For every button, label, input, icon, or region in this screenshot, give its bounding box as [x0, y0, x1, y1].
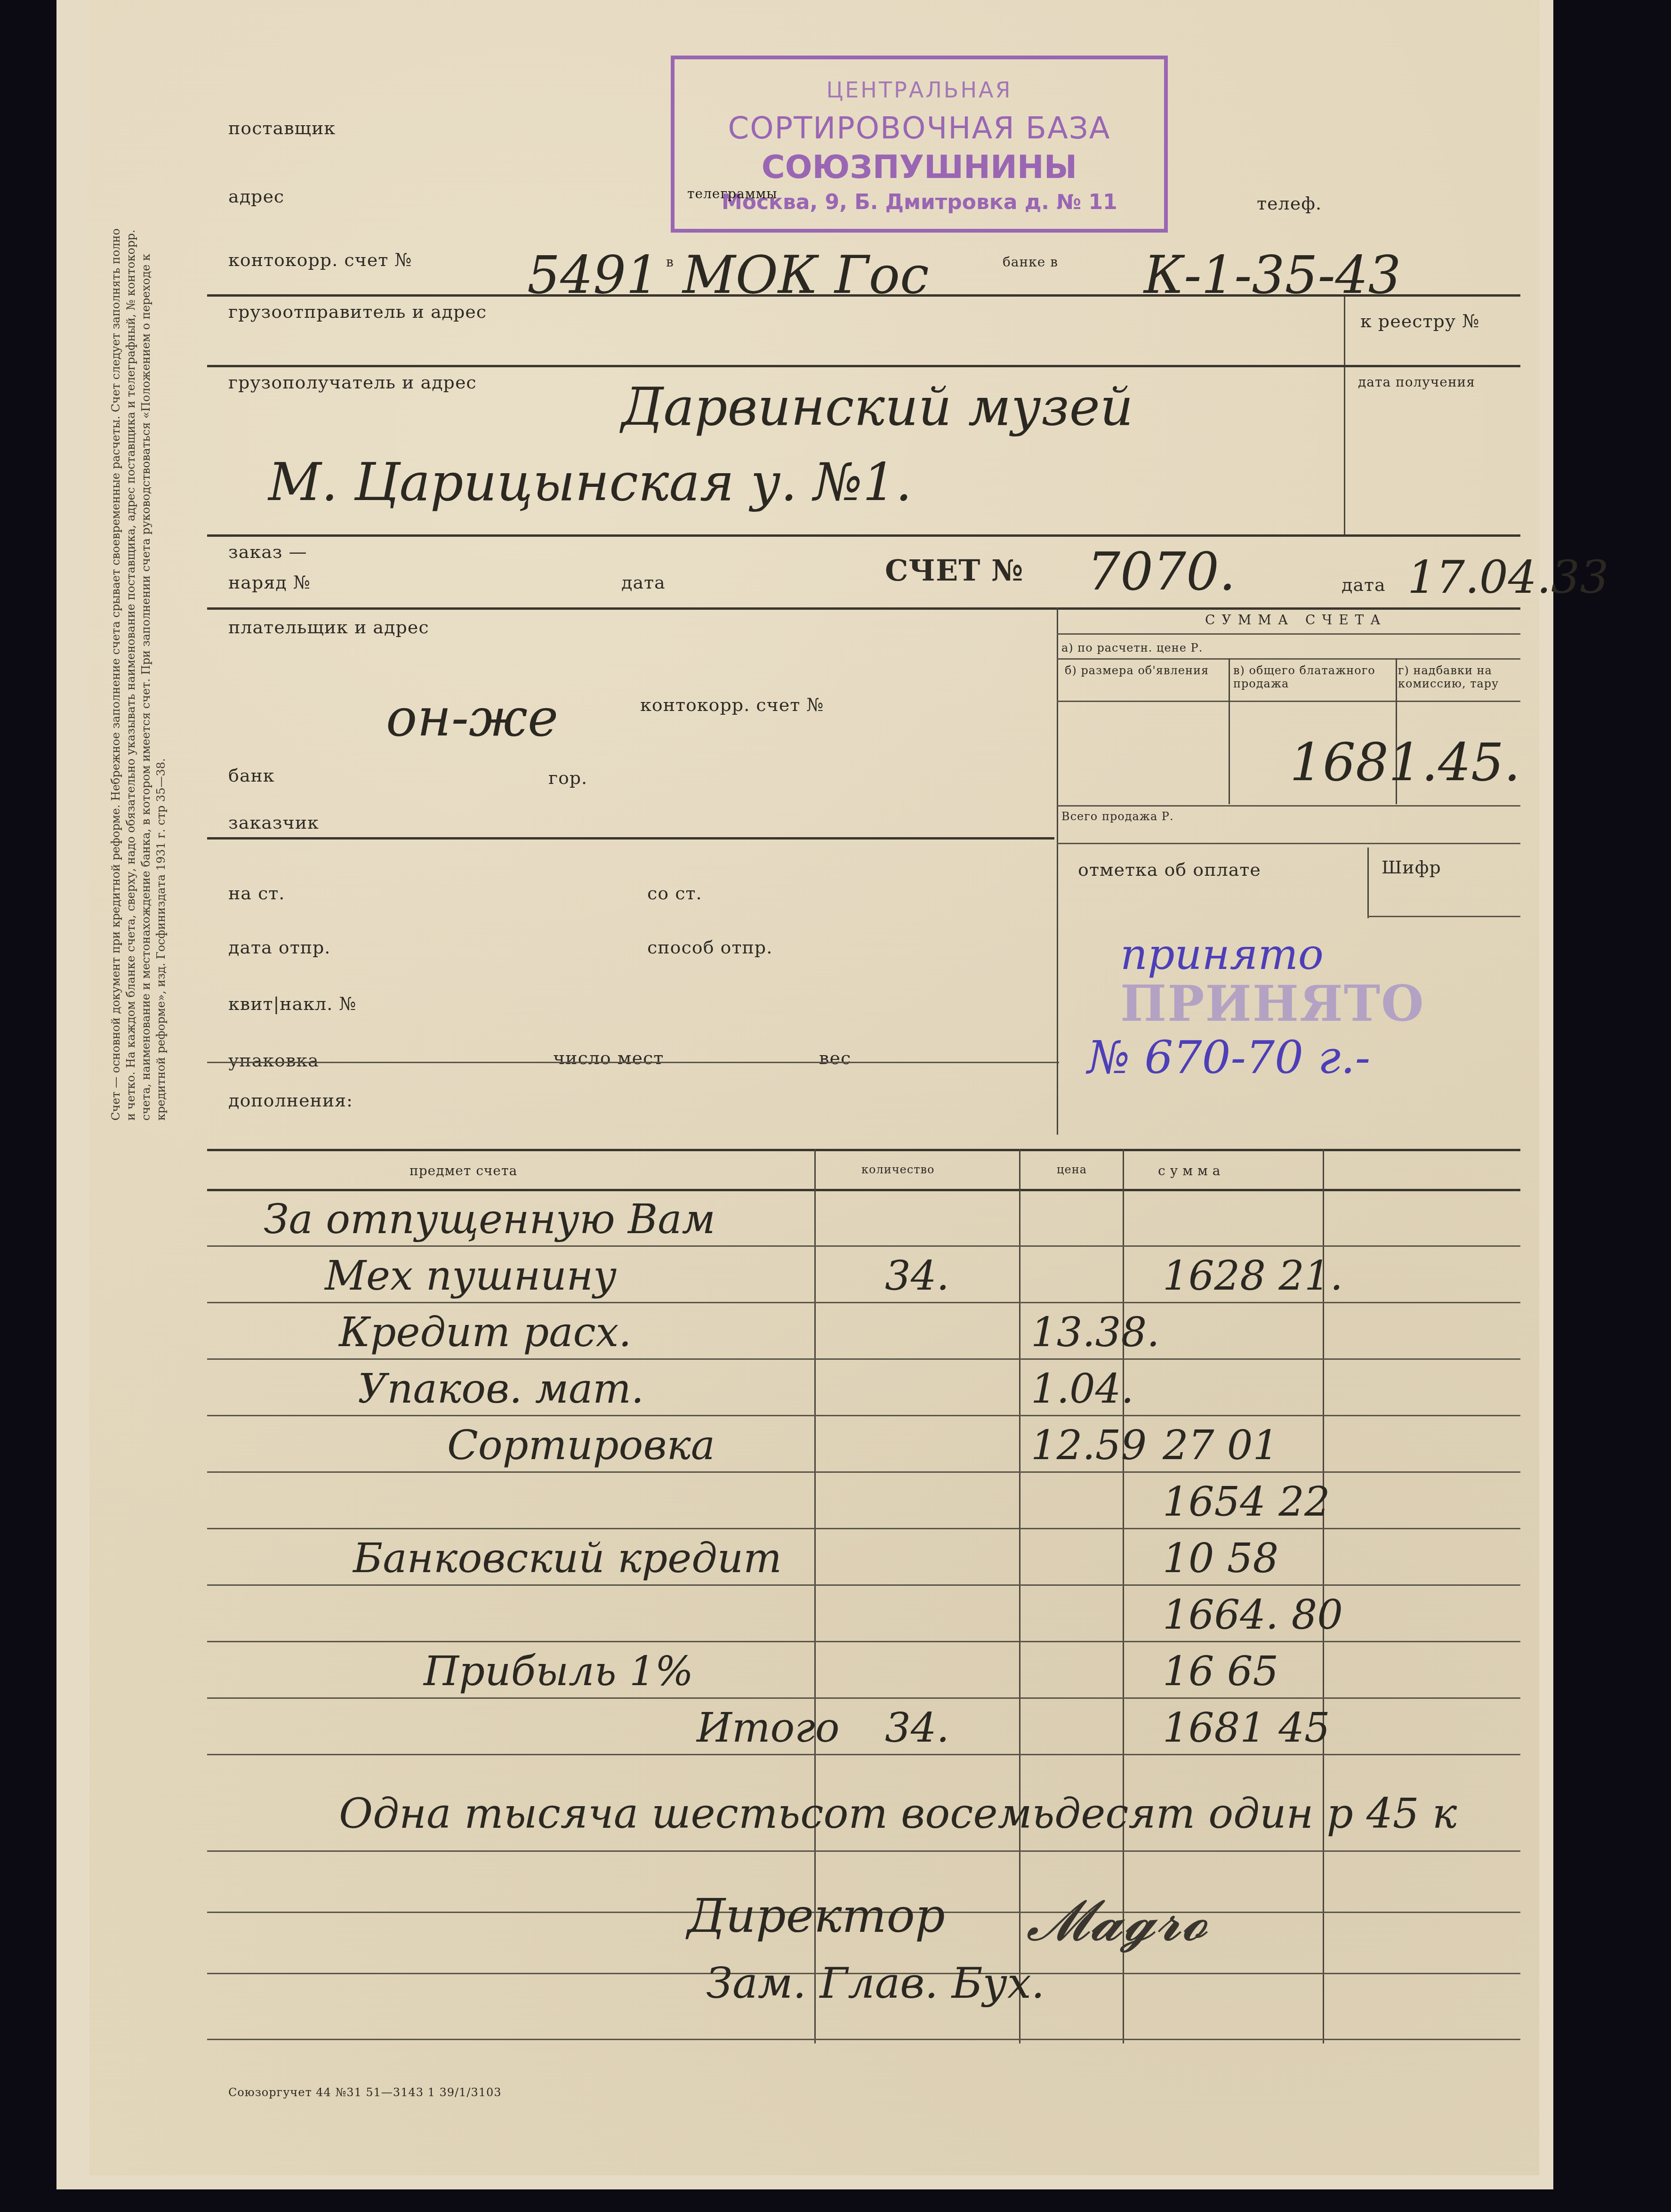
row-divider — [207, 1697, 1520, 1699]
summa-a-label: а) по расчетн. цене Р. — [1061, 641, 1203, 654]
row-divider — [207, 1641, 1520, 1642]
summa-title: СУММА СЧЕТА — [1205, 612, 1387, 628]
naryad-label: наряд № — [228, 572, 311, 593]
amount-in-words: Одна тысяча шестьсот восемьдесят один р … — [339, 1789, 1457, 1838]
item-quantity: 34. — [885, 1704, 949, 1752]
row-divider — [207, 1302, 1520, 1303]
summa-total-label: Всего продажа Р. — [1061, 810, 1184, 823]
summa-b-label: б) размера об'явления — [1065, 664, 1220, 677]
director-label: Директор — [687, 1888, 945, 1943]
consignee-label: грузополучатель и адрес — [228, 372, 477, 393]
divider — [1057, 701, 1520, 702]
invoice-date: 17.04.33 — [1407, 551, 1609, 604]
stamp-line-2: СОРТИРОВОЧНАЯ БАЗА — [675, 111, 1164, 146]
places-label: число мест — [553, 1048, 664, 1068]
invoice-number: 7070. — [1087, 541, 1236, 602]
from-station-label: со ст. — [647, 883, 702, 904]
divider — [1229, 658, 1230, 804]
customer-label: заказчик — [228, 812, 319, 833]
divider — [1057, 843, 1520, 844]
summa-total: 1681.45. — [1290, 732, 1520, 792]
item-description: За отпущенную Вам — [264, 1196, 715, 1243]
col-header-sum: сумма — [1158, 1163, 1225, 1179]
divider — [207, 2039, 1520, 2040]
deputy-accountant-label: Зам. Глав. Бух. — [706, 1959, 1044, 2008]
supplier-label: поставщик — [228, 118, 336, 138]
margin-instructions: Счет — основной документ при кредитной р… — [108, 226, 169, 1121]
summa-v-label: в) общего блатажного продажа — [1233, 664, 1389, 690]
item-description: Банковский кредит — [353, 1535, 782, 1582]
cipher-label: Шифр — [1382, 857, 1441, 878]
item-price: 1.04. — [1031, 1365, 1134, 1413]
printer-line: Союзоргучет 44 №31 51—3143 1 39/1/3103 — [228, 2086, 502, 2099]
item-sum: 16 65 — [1163, 1648, 1278, 1695]
stamp-line-1: ЦЕНТРАЛЬНАЯ — [675, 77, 1164, 103]
item-description: Итого — [697, 1704, 840, 1752]
divider — [207, 534, 1520, 537]
item-price: 12.59 — [1031, 1422, 1147, 1469]
item-price: 13.38. — [1031, 1309, 1160, 1356]
order-label: заказ — — [228, 541, 307, 562]
stamp-address: Москва, 9, Б. Дмитровка д. № 11 — [722, 190, 1117, 214]
divider — [1344, 297, 1345, 367]
receipt-label: квит|накл. № — [228, 993, 356, 1014]
divider — [1057, 633, 1520, 635]
in-label: в — [666, 254, 674, 270]
bank-label-2: банк — [228, 765, 275, 786]
summa-g-label: г) надбавки на комиссию, тару — [1398, 664, 1520, 690]
divider — [207, 607, 1520, 610]
invoice-number-label: СЧЕТ № — [885, 553, 1023, 588]
divider — [207, 1850, 1520, 1852]
register-label: к реестру № — [1360, 311, 1502, 331]
director-signature: 𝓜𝓪𝓰𝓻𝓸 — [1026, 1888, 1208, 1954]
weight-label: вес — [819, 1048, 851, 1068]
divider — [207, 294, 1520, 297]
divider — [207, 837, 1054, 840]
bank-label: банке в — [1003, 254, 1058, 270]
col-header-qty: количество — [861, 1163, 934, 1176]
divider — [1367, 848, 1369, 918]
invoice-date-label: дата — [1342, 574, 1386, 595]
divider — [207, 1062, 1059, 1063]
accepted-stamp: ПРИНЯТО — [1120, 975, 1425, 1033]
order-date-label: дата — [621, 572, 666, 593]
divider — [1344, 367, 1345, 537]
item-description: Кредит расх. — [339, 1309, 632, 1356]
row-divider — [207, 1584, 1520, 1586]
item-sum: 1654 22 — [1163, 1478, 1330, 1526]
packing-label: упаковка — [228, 1050, 319, 1071]
stamp-line-3: СОЮЗПУШНИНЫ — [675, 149, 1164, 186]
ship-method-label: способ отпр. — [647, 937, 772, 958]
handwritten-accepted: принято — [1120, 930, 1324, 979]
row-divider — [207, 1471, 1520, 1473]
consignee-address: М. Царицынская у. №1. — [268, 452, 912, 512]
item-description: Сортировка — [447, 1422, 715, 1469]
payer-value: он-же — [386, 687, 558, 748]
to-station-label: на ст. — [228, 883, 285, 904]
row-divider — [207, 1358, 1520, 1360]
item-description: Мех пушнину — [325, 1252, 617, 1300]
item-sum: 27 01 — [1163, 1422, 1278, 1469]
payer-label: плательщик и адрес — [228, 617, 429, 638]
item-sum: 1681 45 — [1163, 1704, 1330, 1752]
item-description: Упаков. мат. — [358, 1365, 644, 1413]
row-divider — [207, 1528, 1520, 1529]
item-quantity: 34. — [885, 1252, 949, 1300]
row-divider — [207, 1245, 1520, 1247]
ship-date-label: дата отпр. — [228, 937, 330, 958]
row-divider — [207, 1754, 1520, 1755]
item-description: Прибыль 1% — [424, 1648, 693, 1695]
row-divider — [207, 1415, 1520, 1416]
payer-account-label: контокорр. счет № — [640, 694, 824, 715]
divider — [207, 365, 1520, 367]
shipper-label: грузоотправитель и адрес — [228, 301, 487, 322]
col-header-price: цена — [1057, 1163, 1087, 1176]
account-label: контокорр. счет № — [228, 250, 412, 270]
telegram-label: телеграммы — [687, 186, 778, 202]
organization-stamp: ЦЕНТРАЛЬНАЯ СОРТИРОВОЧНАЯ БАЗА СОЮЗПУШНИ… — [671, 56, 1168, 233]
item-sum: 1628 21. — [1163, 1252, 1343, 1300]
address-label: адрес — [228, 186, 284, 207]
accepted-number: № 670-70 г.- — [1087, 1031, 1370, 1084]
payment-mark-label: отметка об оплате — [1078, 859, 1261, 880]
consignee-name: Дарвинский музей — [621, 377, 1133, 437]
divider — [1367, 916, 1520, 917]
additions-label: дополнения: — [228, 1090, 353, 1111]
col-header-item: предмет счета — [410, 1163, 517, 1179]
divider — [1057, 658, 1520, 660]
item-sum: 10 58 — [1163, 1535, 1278, 1582]
column-divider — [1019, 1149, 1020, 2043]
divider — [1057, 607, 1058, 1135]
receipt-date-label: дата получения — [1358, 374, 1475, 390]
item-sum: 1664. 80 — [1163, 1591, 1343, 1639]
phone-label: телеф. — [1257, 193, 1322, 214]
city-label: гор. — [548, 767, 587, 788]
divider — [1057, 805, 1520, 807]
